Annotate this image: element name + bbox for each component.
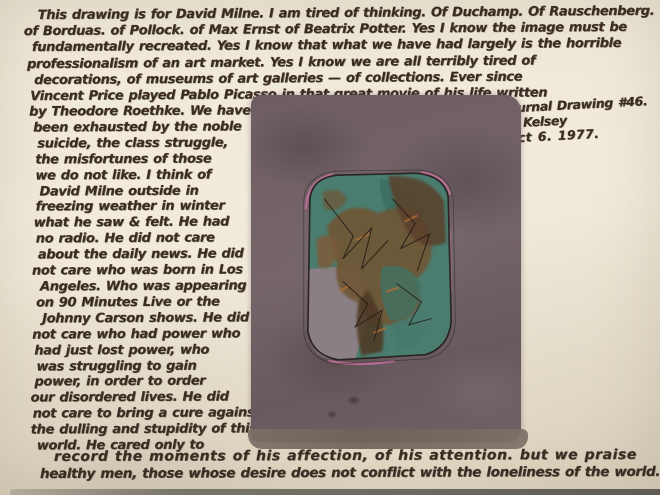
- text-line: Angeles. Who was appearing: [40, 278, 260, 295]
- text-line: freezing weather in winter: [36, 199, 260, 216]
- text-line: by Theodore Roethke. We have: [29, 103, 259, 120]
- text-line: was struggling to gain: [36, 358, 260, 375]
- text-line: the dulling and stupidity of this: [31, 422, 261, 439]
- photo-edge-shadow: [10, 489, 660, 495]
- handwritten-left-column: by Theodore Roethke. We have been exhaus…: [25, 103, 260, 454]
- text-line: been exhausted by the noble: [33, 119, 259, 136]
- text-line: suicide, the class struggle,: [37, 135, 259, 152]
- text-line: the misfortunes of those: [35, 151, 259, 168]
- text-line: about the daily news. He did: [38, 247, 260, 264]
- text-line: our disordered lives. He did: [31, 390, 261, 407]
- abstract-inner-image: [293, 168, 463, 366]
- text-line: Johnny Carson shows. He did: [42, 310, 260, 327]
- text-line: no radio. He did not care: [36, 231, 260, 248]
- text-line: record the moments of his affection, of …: [54, 447, 660, 466]
- text-line: David Milne outside in: [40, 183, 260, 200]
- text-line: had just lost power, who: [34, 342, 260, 359]
- handwritten-bottom-block: record the moments of his affection, of …: [40, 447, 660, 482]
- text-line: on 90 Minutes Live or the: [36, 294, 260, 311]
- text-line: not care who had power who: [32, 326, 260, 343]
- signature-block: Journal Drawing #46. P. Kelsey Oct 6. 19…: [504, 93, 649, 145]
- watercolor-field-bottom-wash: [248, 429, 528, 449]
- artwork-page: This drawing is for David Milne. I am ti…: [0, 0, 660, 495]
- text-line: power, in order to order: [35, 374, 261, 391]
- text-line: not care who was born in Los: [32, 262, 260, 279]
- text-line: healthy men, those whose desire does not…: [40, 463, 660, 482]
- handwritten-top-block: This drawing is for David Milne. I am ti…: [24, 4, 655, 106]
- text-line: not care to bring a cure against: [33, 406, 261, 423]
- text-line: what he saw & felt. He had: [34, 215, 260, 232]
- text-line: we do not like. I think of: [35, 167, 259, 184]
